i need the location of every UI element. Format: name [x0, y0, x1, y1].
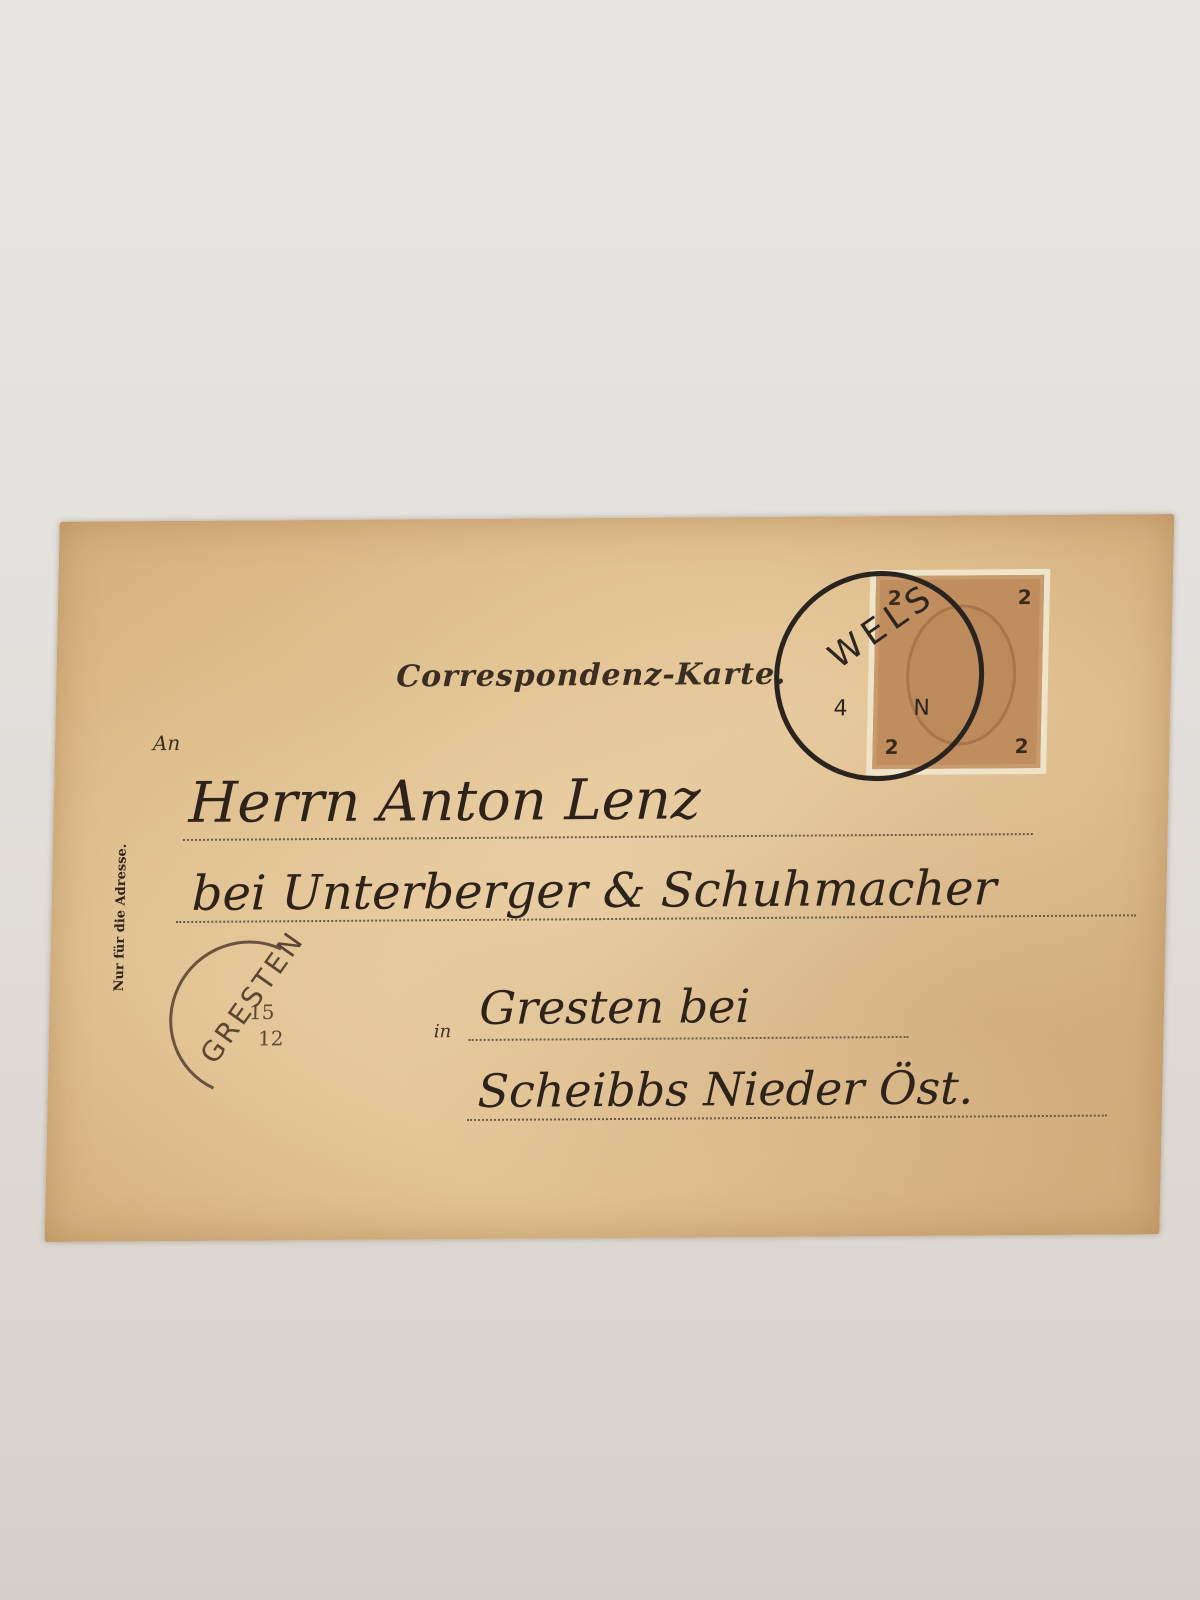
postmark-month: 12 [258, 1026, 284, 1050]
postmark-month: N [913, 696, 930, 721]
postmark-day: 4 [833, 696, 848, 721]
address-only-note: Nur für die Adresse. [112, 844, 130, 992]
postmark-gresten: GRESTEN 15 12 [148, 918, 346, 1119]
address-line-1: Herrn Anton Lenz [188, 767, 701, 836]
postcard: Correspondenz-Karte. An Nur für die Adre… [45, 514, 1175, 1242]
postmark-day: 15 [249, 1000, 275, 1024]
address-line-rule [469, 1036, 909, 1041]
stamp-denomination: 2 [1018, 585, 1032, 609]
address-line-3: Gresten bei [479, 979, 751, 1035]
postmark-town: GRESTEN [194, 925, 311, 1070]
stamp-denomination: 2 [1014, 734, 1028, 758]
postmark-town: WELS [821, 575, 943, 677]
card-title: Correspondenz-Karte. [396, 657, 787, 695]
address-line-4: Scheibbs Nieder Öst. [477, 1060, 974, 1117]
salutation-prefix: An [153, 731, 181, 755]
place-prefix: in [434, 1021, 452, 1042]
address-line-2: bei Unterberger & Schuhmacher [191, 860, 997, 922]
